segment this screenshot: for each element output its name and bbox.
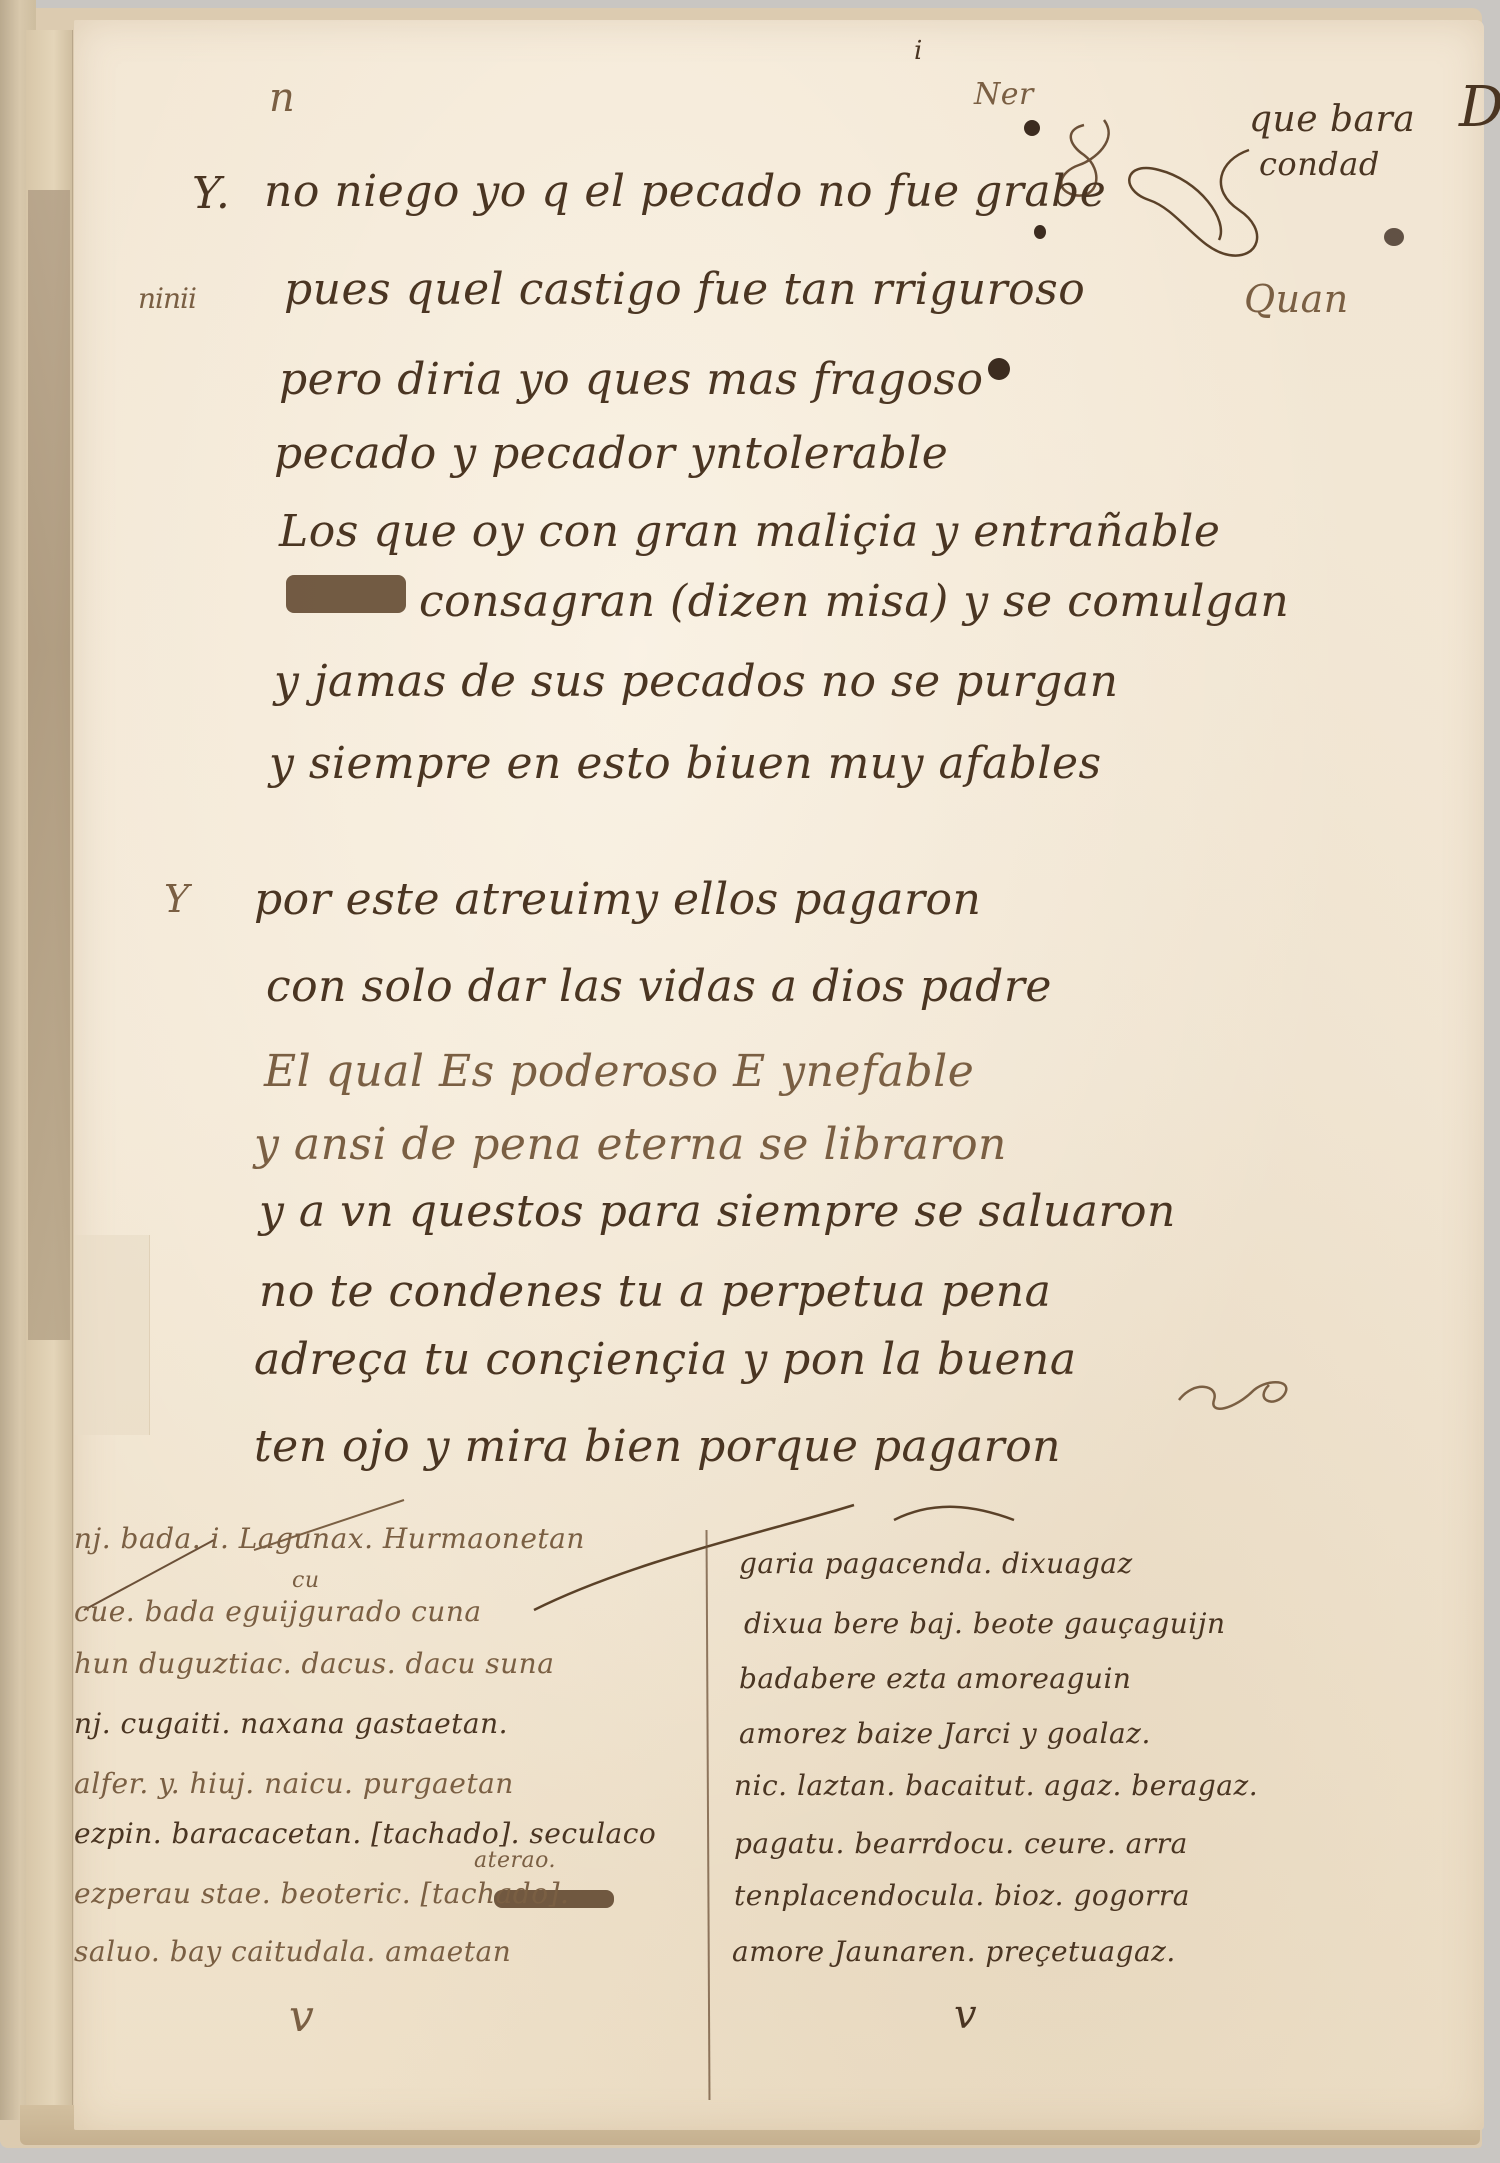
right-margin-note: Quan xyxy=(1244,280,1349,318)
verse-line: con solo dar las vidas a dios padre xyxy=(266,965,1052,1009)
bottom-right-line: amore Jaunaren. preçetuagaz. xyxy=(732,1938,1176,1966)
bottom-left-line: nj. bada. i. Lagunax. Hurmaonetan xyxy=(74,1525,585,1553)
ink-blot xyxy=(1024,120,1040,136)
bottom-right-line: dixua bere baj. beote gauçaguijn xyxy=(744,1610,1225,1638)
verse-line: adreça tu conçiençia y pon la buena xyxy=(254,1338,1077,1382)
spine-stain xyxy=(28,190,70,1340)
verse-line: y jamas de sus pecados no se purgan xyxy=(274,660,1118,704)
bottom-right-line: garia pagacenda. dixuagaz xyxy=(739,1550,1133,1578)
bottom-right-line: badabere ezta amoreaguin xyxy=(739,1665,1131,1693)
struck-out-word xyxy=(286,575,406,613)
verse-line: pues quel castigo fue tan rriguroso xyxy=(284,268,1085,312)
bottom-left-line: hun duguztiac. dacus. dacu suna xyxy=(74,1650,554,1678)
bottom-right-line: amorez baize Jarci y goalaz. xyxy=(739,1720,1151,1748)
left-margin-note: ninii xyxy=(138,285,196,313)
ink-blot xyxy=(1384,228,1404,246)
right-margin-note: condad xyxy=(1259,148,1380,180)
flourish-loop-icon xyxy=(1174,1370,1304,1420)
verse-line: Los que oy con gran maliçia y entrañable xyxy=(279,510,1220,554)
interlinear-note: cu xyxy=(292,1570,320,1592)
verse-line: y ansi de pena eterna se libraron xyxy=(254,1123,1007,1167)
bottom-left-line: nj. cugaiti. naxana gastaetan. xyxy=(74,1710,508,1738)
bottom-right-line: nic. laztan. bacaitut. agaz. beragaz. xyxy=(734,1772,1258,1800)
ink-blot xyxy=(1034,225,1046,239)
verse-line: pero diria yo ques mas fragoso xyxy=(279,358,984,402)
end-mark: v xyxy=(954,1995,977,2035)
bottom-left-line: ezperau stae. beoteric. [tachado]. xyxy=(74,1880,569,1908)
interlinear-note: aterao. xyxy=(474,1850,556,1872)
verse-line: pecado y pecador yntolerable xyxy=(274,432,948,476)
end-mark: v xyxy=(289,1995,314,2039)
right-edge-letter: D xyxy=(1459,80,1500,136)
verse-line: y siempre en esto biuen muy afables xyxy=(269,742,1102,786)
corner-letter: n xyxy=(269,78,295,118)
verse-line: El qual Es poderoso E ynefable xyxy=(264,1050,974,1094)
verse-line: no te condenes tu a perpetua pena xyxy=(259,1270,1051,1314)
manuscript-page: n i Ner que bara condad Quan D ninii Y. … xyxy=(74,20,1484,2130)
verse-line: por este atreuimy ellos pagaron xyxy=(254,878,981,922)
bottom-left-line: ezpin. baracacetan. [tachado]. seculaco xyxy=(74,1820,656,1848)
right-margin-note: que bara xyxy=(1249,102,1415,138)
verse-line: y a vn questos para siempre se saluaron xyxy=(259,1190,1176,1234)
bottom-right-line: tenplacendocula. bioz. gogorra xyxy=(734,1882,1190,1910)
bottom-right-line: pagatu. bearrdocu. ceure. arra xyxy=(734,1830,1188,1858)
verse-line: no niego yo q el pecado no fue grabe xyxy=(264,170,1106,214)
bottom-left-line: alfer. y. hiuj. naicu. purgaetan xyxy=(74,1770,514,1798)
stanza-2-marker: Y xyxy=(164,880,190,918)
top-center-mark: i xyxy=(914,38,923,64)
bottom-left-line: cue. bada eguijgurado cuna xyxy=(74,1598,482,1626)
torn-repair-patch xyxy=(74,1235,150,1435)
verse-line: consagran (dizen misa) y se comulgan xyxy=(419,580,1289,624)
ink-blot xyxy=(988,358,1010,380)
bottom-left-line: saluo. bay caitudala. amaetan xyxy=(74,1938,511,1966)
top-right-note: Ner xyxy=(974,80,1034,110)
stanza-1-marker: Y. xyxy=(192,172,230,216)
